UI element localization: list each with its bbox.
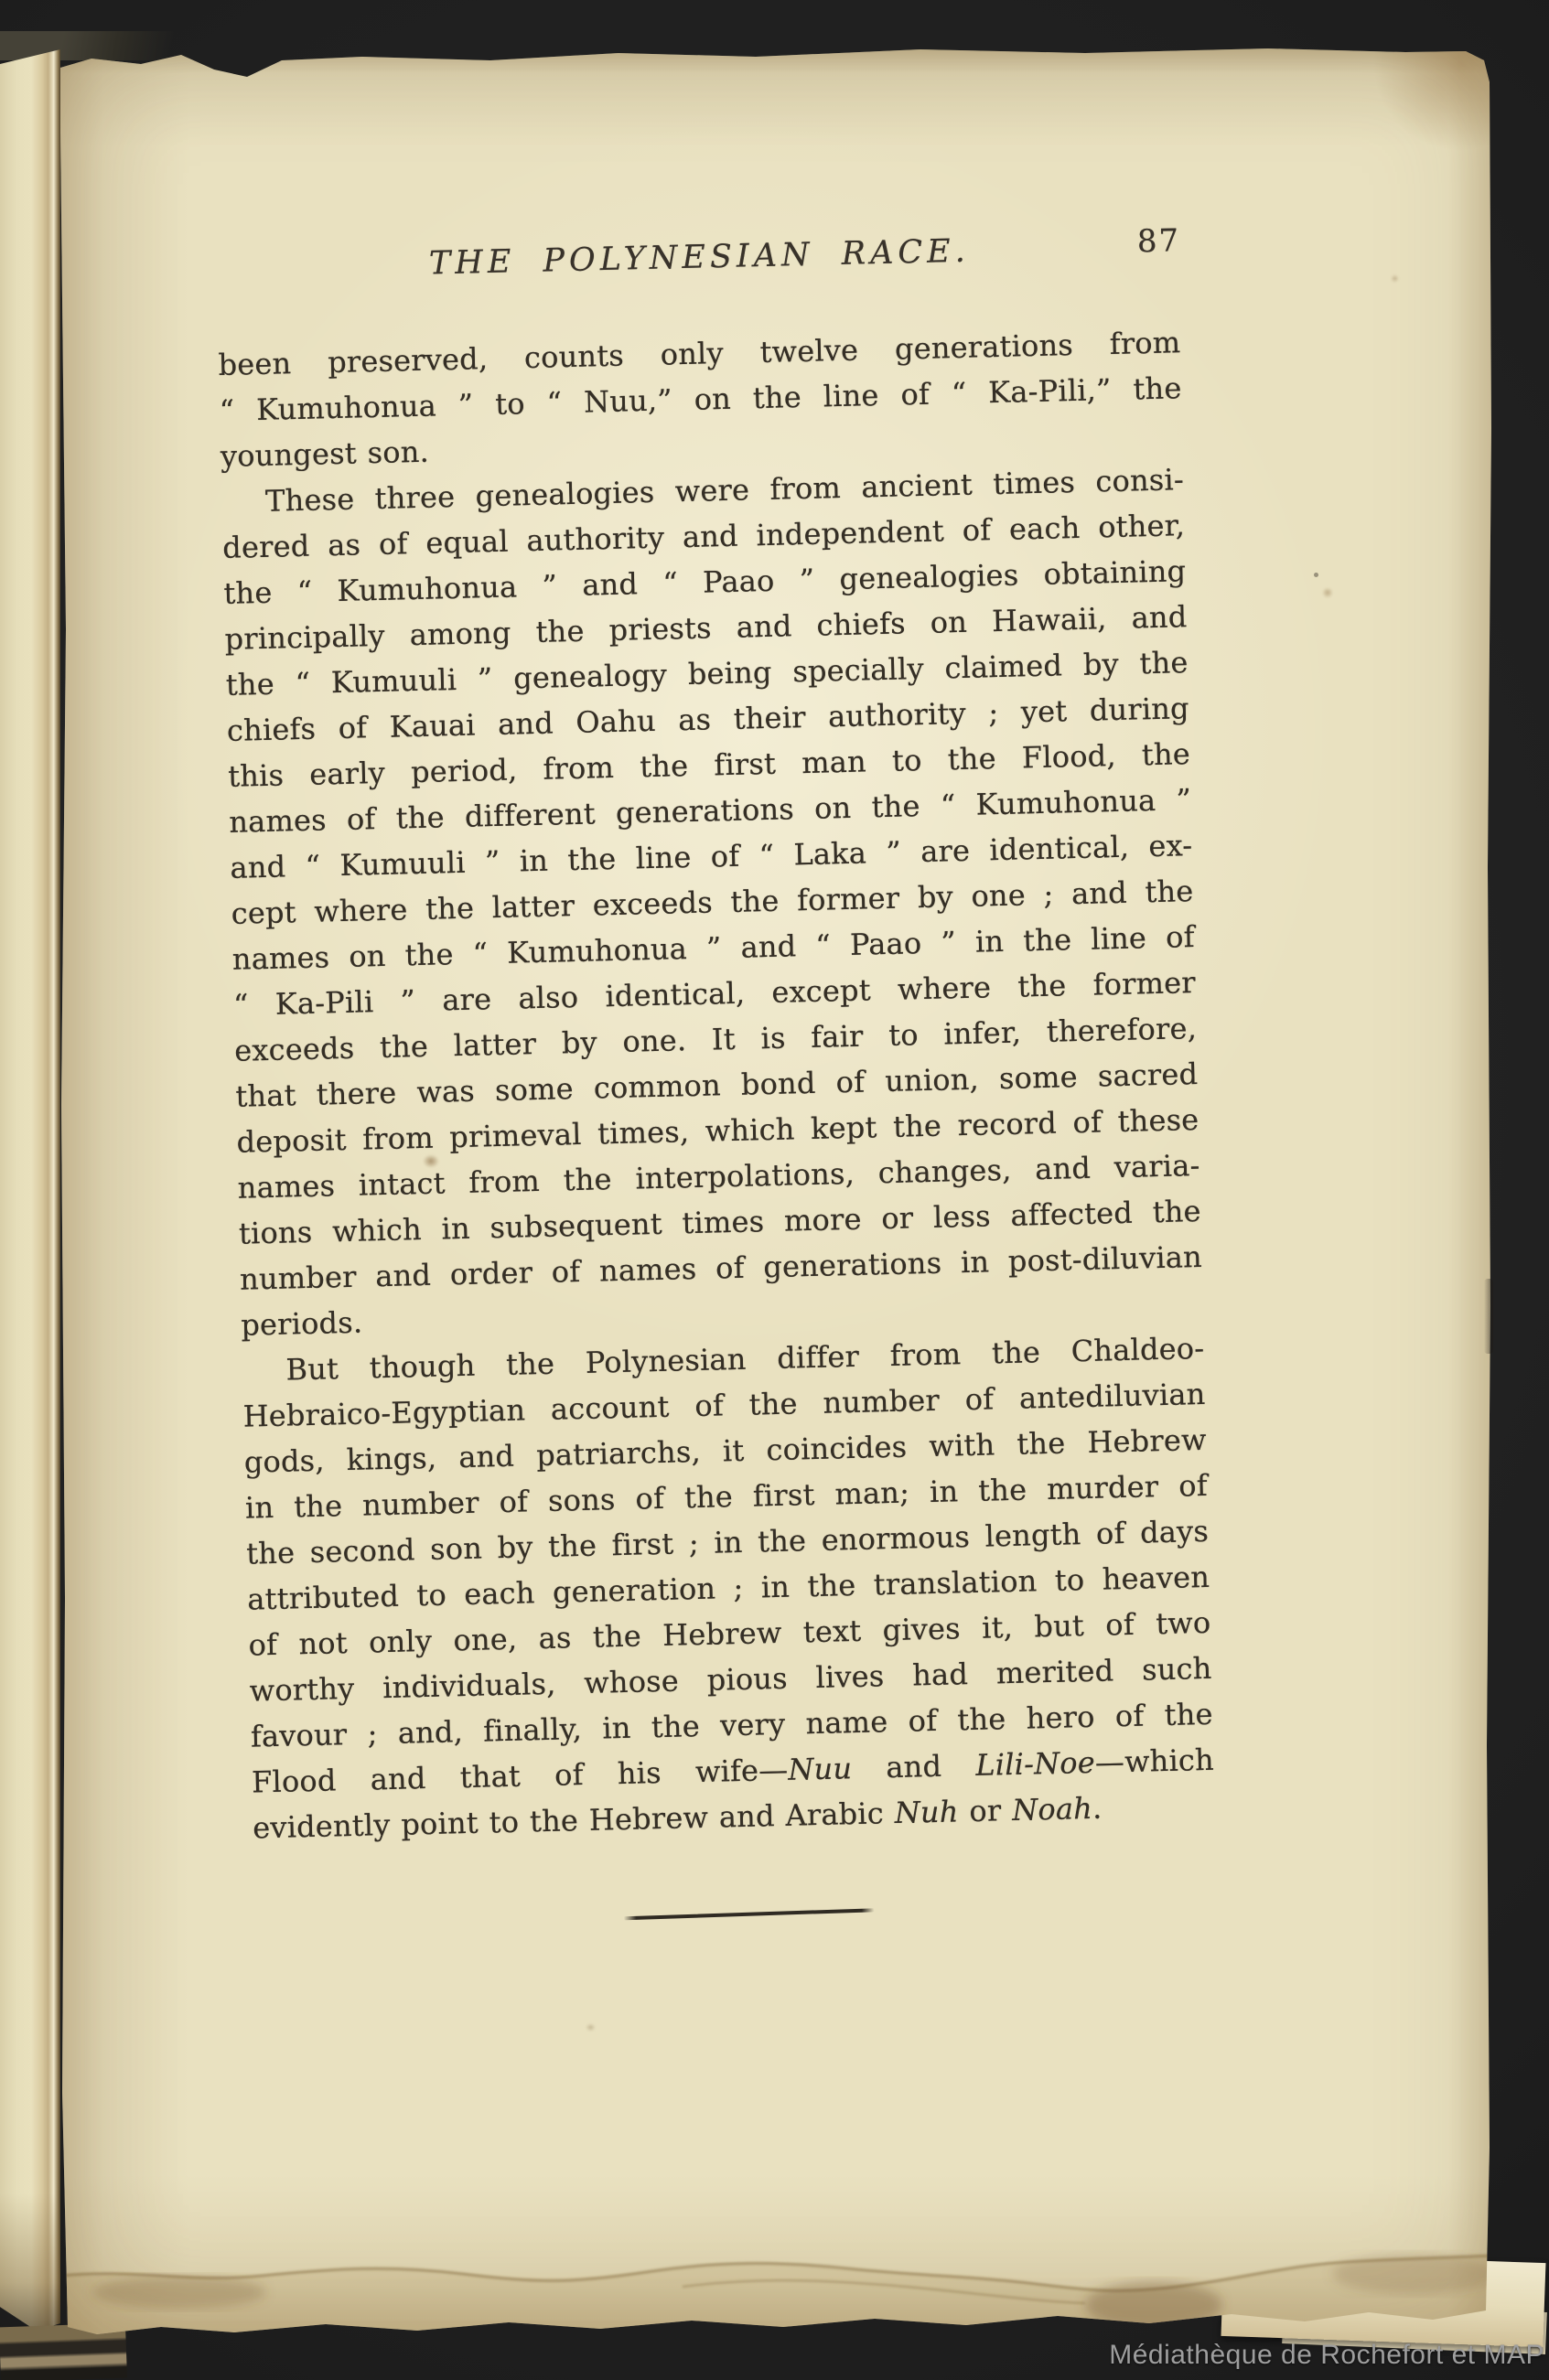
stain-spot (1314, 573, 1318, 577)
text-segment: youngest son. (220, 434, 429, 474)
library-watermark: Médiathèque de Rochefort et MAP (1109, 2340, 1544, 2371)
scanned-book-photo: THE POLYNESIAN RACE. 87 been preserved, … (0, 0, 1549, 2380)
stain-spot (1391, 274, 1399, 283)
stain-spot (1322, 587, 1333, 598)
paragraph: But though the Polynesian differ from th… (242, 1325, 1216, 1851)
italic-word: Nuh (894, 1794, 959, 1830)
italic-word: Noah (1012, 1791, 1093, 1828)
text-segment: and (852, 1748, 976, 1785)
page-number: 87 (1136, 222, 1180, 260)
book-cover-edge (0, 31, 178, 60)
page-text: been preserved, counts only twelve gener… (218, 319, 1218, 1927)
text-segment: or (958, 1793, 1013, 1828)
text-segment: periods. (241, 1305, 363, 1343)
paragraph: These three genealogies were from ancien… (221, 456, 1204, 1348)
text-segment: Flood and that of his wife— (252, 1753, 789, 1800)
text-segment: . (1092, 1791, 1102, 1826)
page-edge-nick (1484, 1279, 1493, 1354)
italic-word: Nuu (788, 1751, 853, 1787)
text-segment: —which (1094, 1742, 1214, 1780)
italic-word: Lili-Noe (975, 1745, 1095, 1783)
previous-page-fore-edge (0, 49, 60, 2331)
paragraph: been preserved, counts only twelve gener… (218, 319, 1183, 479)
stain-spot (586, 2023, 596, 2032)
text-segment: evidently point to the Hebrew and Arabic (253, 1796, 895, 1846)
